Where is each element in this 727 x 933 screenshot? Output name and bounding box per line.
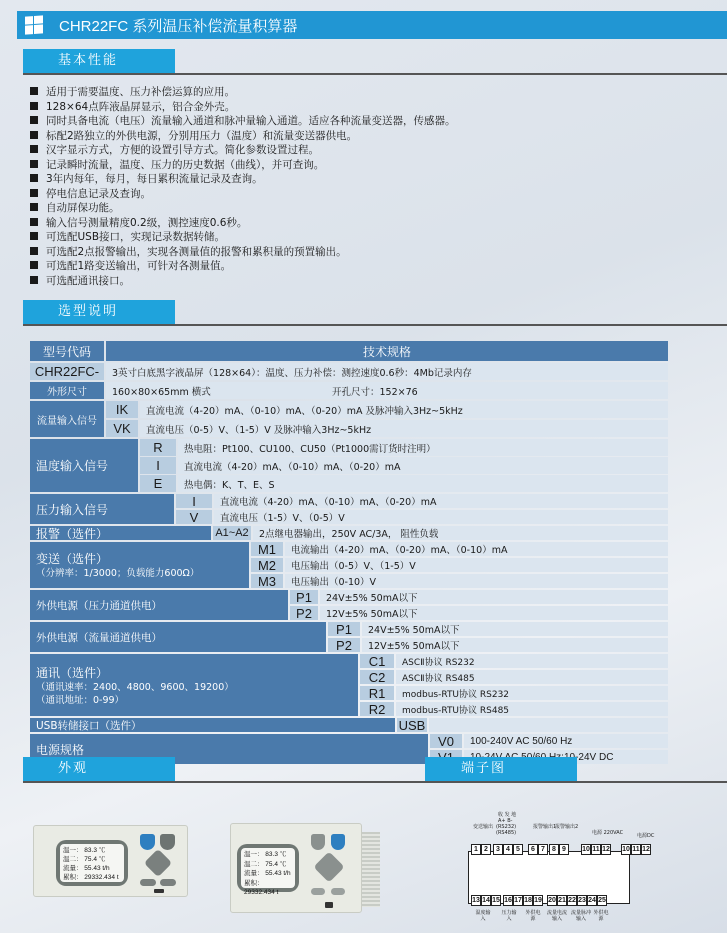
option-code: P2	[290, 606, 318, 620]
square-bullet-icon	[30, 276, 38, 284]
table-row-transmit: 变送（选件） （分辨率：1/3000；负载能力600Ω） M1电流输出（4-20…	[30, 542, 668, 588]
display-line: 温二： 75.4 ℃	[244, 860, 292, 870]
label-power-dc: 电源DC	[637, 833, 654, 839]
option-desc: modbus-RTU协议 RS485	[396, 702, 668, 716]
table-row-usb: USB转储接口（选件） USB	[30, 718, 668, 732]
comm-label: 通讯（选件）	[36, 664, 108, 681]
gray-key-icon	[160, 834, 175, 850]
option-code: I	[140, 457, 176, 474]
gray-key-icon	[311, 834, 325, 850]
transmit-label-cell: 变送（选件） （分辨率：1/3000；负载能力600Ω）	[30, 542, 249, 588]
display-line: 温二： 75.4 ℃	[63, 855, 121, 864]
section-title: 基本性能	[23, 49, 175, 73]
key-right-icon	[160, 879, 176, 886]
dpad-icon	[313, 851, 344, 882]
table-row-comm: 通讯（选件） （通讯速率：2400、4800、9600、19200） （通讯地址…	[30, 654, 668, 716]
temp-input-label: 温度输入信号	[30, 439, 138, 492]
size-cell: 160×80×65mm 横式 开孔尺寸：152×76	[106, 382, 668, 399]
device-photos: 温一： 83.3 ℃ 温二： 75.4 ℃ 流量： 55.43 t/h 累积： …	[22, 790, 422, 930]
power-pressure-label: 外供电源（压力通道供电）	[30, 590, 288, 620]
flow-input-label: 流量输入信号	[30, 401, 104, 437]
terminal-9: 9	[559, 844, 569, 855]
label-rs485: (RS485)	[496, 830, 516, 836]
label-ext-power: 外供电源	[525, 910, 541, 922]
spec-table: 型号代码 技术规格 CHR22FC- 3英寸白底黑字液晶屏（128×64）：温度…	[30, 341, 668, 766]
label-power-ac: 电源 220VAC	[592, 830, 623, 836]
usb-port-icon	[325, 902, 333, 908]
section-header-selection: 选型说明	[23, 300, 727, 326]
option-code: IK	[106, 401, 138, 418]
option-code: M1	[251, 542, 283, 556]
option-desc: 电压输出（0-5）V、（1-5）V	[285, 558, 668, 572]
terminal-15: 15	[491, 895, 501, 906]
option-code: V0	[430, 734, 462, 748]
option-desc: 电压输出（0-10）V	[285, 574, 668, 588]
dpad-icon	[144, 849, 172, 877]
terminal-5: 5	[513, 844, 523, 855]
list-item: 可选配USB接口，实现记录数据转储。	[30, 230, 456, 245]
table-row: CHR22FC- 3英寸白底黑字液晶屏（128×64）：温度、压力补偿：测控速度…	[30, 363, 668, 380]
list-item: 输入信号测量精度0.2级，测控速度0.6秒。	[30, 216, 456, 231]
key-left-icon	[311, 888, 325, 895]
label-pressure-input: 压力输入	[501, 910, 517, 922]
section-header-appearance: 外观	[23, 757, 403, 783]
terminal-dc-11: 11	[631, 844, 641, 855]
terminal-dc-12: 12	[641, 844, 651, 855]
feature-list: 适用于需要温度、压力补偿运算的应用。 128×64点阵液晶屏显示，铝合金外壳。 …	[30, 85, 456, 288]
windows-logo-icon	[25, 15, 43, 34]
divider	[23, 73, 727, 75]
terminal-10: 10	[581, 844, 591, 855]
terminal-13: 13	[471, 895, 481, 906]
option-desc: 24V±5% 50mA以下	[362, 622, 668, 636]
option-code: M2	[251, 558, 283, 572]
table-row-power-flow: 外供电源（流量通道供电） P124V±5% 50mA以下 P212V±5% 50…	[30, 622, 668, 652]
square-bullet-icon	[30, 116, 38, 124]
table-row-pressure-input: 压力输入信号 I直流电流（4-20）mA、（0-10）mA、（0-20）mA V…	[30, 494, 668, 524]
terminal-3: 3	[493, 844, 503, 855]
comm-address: （通讯地址：0-99）	[36, 694, 124, 707]
square-bullet-icon	[30, 232, 38, 240]
cutout-size: 开孔尺寸：152×76	[332, 384, 418, 398]
option-desc: 12V±5% 50mA以下	[362, 638, 668, 652]
square-bullet-icon	[30, 87, 38, 95]
list-item: 适用于需要温度、压力补偿运算的应用。	[30, 85, 456, 100]
list-item: 标配2路独立的外供电源，分别用压力（温度）和流量变送器供电。	[30, 129, 456, 144]
list-item: 3年内每年，每月，每日累积流量记录及查询。	[30, 172, 456, 187]
option-desc: 电流输出（4-20）mA、（0-20）mA、（0-10）mA	[285, 542, 668, 556]
option-code: A1~A2	[213, 526, 251, 540]
terminal-18: 18	[523, 895, 533, 906]
option-desc: 直流电流（4-20）mA、（0-10）mA、（0-20）mA	[178, 457, 668, 474]
terminal-4: 4	[503, 844, 513, 855]
list-item: 同时具备电流（电压）流量输入通道和脉冲量输入通道。适应各种流量变送器，传感器。	[30, 114, 456, 129]
terminal-dc-10: 10	[621, 844, 631, 855]
key-right-icon	[331, 888, 345, 895]
section-title: 端子图	[425, 757, 577, 781]
label-flow-pulse: 流量脉冲输入	[569, 910, 593, 922]
terminal-20: 20	[547, 895, 557, 906]
option-desc: 热电偶：K、T、E、S	[178, 475, 668, 492]
table-row-power-pressure: 外供电源（压力通道供电） P124V±5% 50mA以下 P212V±5% 50…	[30, 590, 668, 620]
terminal-2: 2	[481, 844, 491, 855]
divider	[403, 781, 727, 783]
option-desc: 100-240V AC 50/60 Hz	[464, 734, 668, 748]
table-row-alarm: 报警（选件） A1~A2 2点继电器输出，250V AC/3A， 阻性负载	[30, 526, 668, 540]
terminal-14: 14	[481, 895, 491, 906]
square-bullet-icon	[30, 102, 38, 110]
square-bullet-icon	[30, 174, 38, 182]
label-alarm2: 报警输出2	[555, 824, 578, 830]
transmit-sub: （分辨率：1/3000；负载能力600Ω）	[36, 567, 199, 580]
option-code: E	[140, 475, 176, 492]
option-desc: 直流电压（1-5）V、（0-5）V	[214, 510, 668, 524]
option-code: P1	[328, 622, 360, 636]
option-desc: 直流电流（4-20）mA、（0-10）mA、（0-20）mA	[214, 494, 668, 508]
size-label: 外形尺寸	[30, 382, 104, 399]
list-item: 128×64点阵液晶屏显示，铝合金外壳。	[30, 100, 456, 115]
alarm-label: 报警（选件）	[30, 526, 211, 540]
option-code: R1	[360, 686, 394, 700]
square-bullet-icon	[30, 131, 38, 139]
option-code: V	[176, 510, 212, 524]
terminal-17: 17	[513, 895, 523, 906]
device-front-image: 温一： 83.3 ℃ 温二： 75.4 ℃ 流量： 55.43 t/h 累积： …	[33, 825, 188, 897]
list-item: 自动屏保功能。	[30, 201, 456, 216]
option-desc: 直流电流（4-20）mA、（0-10）mA、（0-20）mA 及脉冲输入3Hz~…	[140, 401, 668, 418]
list-item: 汉字显示方式，方便的设置引导方式。简化参数设置过程。	[30, 143, 456, 158]
section-header-features: 基本性能	[23, 49, 727, 75]
option-code: M3	[251, 574, 283, 588]
table-row-flow-input: 流量输入信号 IK直流电流（4-20）mA、（0-10）mA、（0-20）mA …	[30, 401, 668, 437]
power-flow-label: 外供电源（流量通道供电）	[30, 622, 326, 652]
square-bullet-icon	[30, 160, 38, 168]
square-bullet-icon	[30, 261, 38, 269]
option-code: R	[140, 439, 176, 456]
terminal-16: 16	[503, 895, 513, 906]
usb-port-icon	[154, 889, 164, 893]
usb-label: USB转储接口（选件）	[30, 718, 395, 732]
option-desc-empty	[429, 718, 668, 732]
option-desc: 2点继电器输出，250V AC/3A， 阻性负载	[253, 526, 668, 540]
option-desc: modbus-RTU协议 RS232	[396, 686, 668, 700]
terminal-1: 1	[471, 844, 481, 855]
list-item: 可选配2点报警输出，实现各测量值的报警和累积量的预置输出。	[30, 245, 456, 260]
terminal-11: 11	[591, 844, 601, 855]
terminal-8: 8	[549, 844, 559, 855]
size-value: 160×80×65mm 横式	[112, 384, 332, 398]
label-ext-power-2: 外供电源	[593, 910, 609, 922]
blue-key-icon	[140, 834, 155, 850]
divider	[23, 324, 727, 326]
display-line: 温一： 83.3 ℃	[244, 850, 292, 860]
terminal-19: 19	[533, 895, 543, 906]
page-title: CHR22FC 系列温压补偿流量积算器	[59, 15, 297, 36]
terminal-25: 25	[597, 895, 607, 906]
title-bar: CHR22FC 系列温压补偿流量积算器	[17, 11, 727, 39]
square-bullet-icon	[30, 203, 38, 211]
header-spec: 技术规格	[106, 341, 668, 361]
square-bullet-icon	[30, 218, 38, 226]
square-bullet-icon	[30, 145, 38, 153]
square-bullet-icon	[30, 189, 38, 197]
terminal-22: 22	[567, 895, 577, 906]
option-code: P1	[290, 590, 318, 604]
list-item: 记录瞬时流量，温度、压力的历史数据（曲线），并可查询。	[30, 158, 456, 173]
option-code: C1	[360, 654, 394, 668]
transmit-label: 变送（选件）	[36, 550, 108, 567]
table-row: 外形尺寸 160×80×65mm 横式 开孔尺寸：152×76	[30, 382, 668, 399]
lcd-screen: 温一： 83.3 ℃ 温二： 75.4 ℃ 流量： 55.43 t/h 累积： …	[237, 844, 299, 892]
display-line: 累积： 29332.434 t	[63, 873, 121, 882]
option-desc: 24V±5% 50mA以下	[320, 590, 668, 604]
blue-key-icon	[331, 834, 345, 850]
display-line: 累积： 29332.434 t	[244, 879, 292, 898]
lcd-screen: 温一： 83.3 ℃ 温二： 75.4 ℃ 流量： 55.43 t/h 累积： …	[56, 840, 128, 886]
option-code: VK	[106, 420, 138, 437]
section-title: 选型说明	[23, 300, 175, 324]
comm-label-cell: 通讯（选件） （通讯速率：2400、4800、9600、19200） （通讯地址…	[30, 654, 358, 716]
display-line: 流量： 55.43 t/h	[244, 869, 292, 879]
label-temp-input: 温度输入	[475, 910, 491, 922]
terminal-7: 7	[538, 844, 548, 855]
comm-speed: （通讯速率：2400、4800、9600、19200）	[36, 681, 234, 694]
list-item: 停电信息记录及查询。	[30, 187, 456, 202]
option-code: P2	[328, 638, 360, 652]
table-header: 型号代码 技术规格	[30, 341, 668, 361]
divider	[23, 781, 403, 783]
option-desc: 12V±5% 50mA以下	[320, 606, 668, 620]
option-desc: ASCⅡ协议 RS485	[396, 670, 668, 684]
terminal-diagram: 变送输出 收 发 地 A+ B- (RS232) (RS485) 报警输出1 报…	[465, 808, 705, 928]
terminal-21: 21	[557, 895, 567, 906]
square-bullet-icon	[30, 247, 38, 255]
list-item: 可选配通讯接口。	[30, 274, 456, 289]
terminal-12: 12	[601, 844, 611, 855]
option-code: I	[176, 494, 212, 508]
option-desc: 热电阻：Pt100、CU100、CU50（Pt1000需订货时注明）	[178, 439, 668, 456]
option-desc: 直流电压（0-5）V、（1-5）V 及脉冲输入3Hz~5kHz	[140, 420, 668, 437]
header-code: 型号代码	[30, 341, 104, 361]
display-line: 流量： 55.43 t/h	[63, 864, 121, 873]
table-row-temp-input: 温度输入信号 R热电阻：Pt100、CU100、CU50（Pt1000需订货时注…	[30, 439, 668, 492]
pressure-input-label: 压力输入信号	[30, 494, 174, 524]
section-title: 外观	[23, 757, 175, 781]
heatsink-icon	[360, 832, 380, 907]
label-flow-current: 流量电流输入	[545, 910, 569, 922]
section-header-terminal: 端子图	[403, 757, 727, 783]
display-line: 温一： 83.3 ℃	[63, 846, 121, 855]
list-item: 可选配1路变送输出，可针对各测量值。	[30, 259, 456, 274]
device-angle-image: 温一： 83.3 ℃ 温二： 75.4 ℃ 流量： 55.43 t/h 累积： …	[230, 823, 362, 913]
key-left-icon	[140, 879, 156, 886]
option-code: R2	[360, 702, 394, 716]
label-transmit-out: 变送输出	[473, 824, 493, 830]
model-code: CHR22FC-	[30, 363, 104, 380]
terminal-24: 24	[587, 895, 597, 906]
option-code: USB	[397, 718, 427, 732]
terminal-6: 6	[528, 844, 538, 855]
option-desc: ASCⅡ协议 RS232	[396, 654, 668, 668]
terminal-23: 23	[577, 895, 587, 906]
option-code: C2	[360, 670, 394, 684]
label-alarm1: 报警输出1	[533, 824, 556, 830]
model-desc: 3英寸白底黑字液晶屏（128×64）：温度、压力补偿：测控速度0.6秒：4Mb记…	[106, 363, 668, 380]
